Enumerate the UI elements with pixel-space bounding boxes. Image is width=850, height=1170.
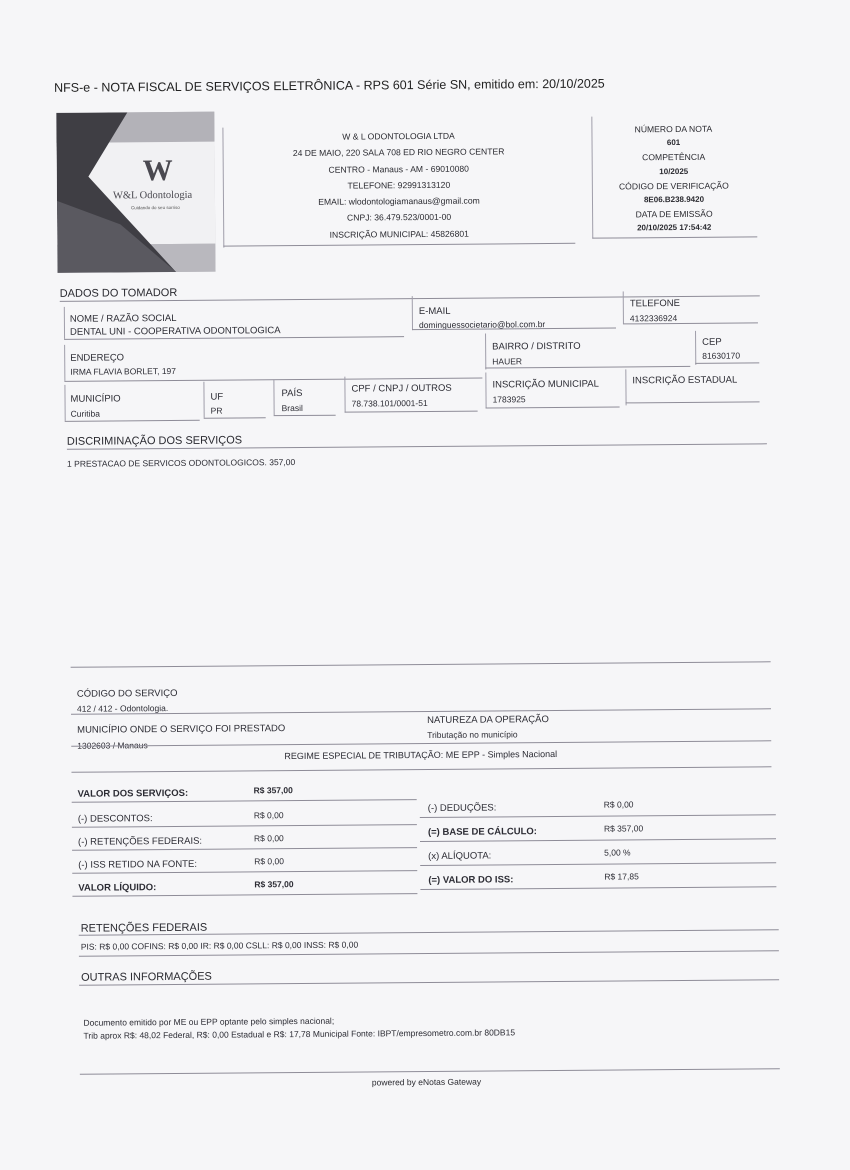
issue-date: 20/10/2025 17:54:42	[593, 221, 755, 236]
border	[79, 950, 779, 956]
value-label: (=) BASE DE CÁLCULO:	[428, 826, 537, 838]
border	[412, 327, 616, 330]
tomador-uf-label: UF	[210, 392, 223, 403]
invoice-info: NÚMERO DA NOTA 601 COMPETÊNCIA 10/2025 C…	[592, 121, 755, 236]
tomador-name: DENTAL UNI - COOPERATIVA ODONTOLOGICA	[70, 325, 281, 338]
tomador-country-label: PAÍS	[281, 388, 302, 399]
value-label: (x) ALÍQUOTA:	[428, 850, 491, 861]
tomador-city: Curitiba	[71, 409, 100, 419]
border	[203, 382, 204, 418]
value-label: (-) DESCONTOS:	[78, 813, 153, 825]
value-amount: 5,00 %	[604, 847, 631, 857]
tomador-address-label: ENDEREÇO	[70, 352, 124, 363]
competence-label: COMPETÊNCIA	[593, 150, 755, 165]
federal-retentions-line: PIS: R$ 0,00 COFINS: R$ 0,00 IR: R$ 0,00…	[81, 940, 358, 952]
tomador-district: HAUER	[492, 356, 522, 366]
border	[625, 369, 626, 405]
border	[64, 345, 65, 381]
value-label: VALOR LÍQUIDO:	[78, 882, 156, 894]
service-place-label: MUNICÍPIO ONDE O SERVIÇO FOI PRESTADO	[77, 723, 285, 736]
border	[71, 766, 771, 772]
border	[72, 824, 417, 828]
border	[273, 379, 274, 415]
logo-brand-name: W&L Odontologia	[113, 190, 192, 202]
border	[695, 362, 759, 364]
invoice-box-bottom-border	[592, 236, 757, 238]
operation-nature: Tributação no município	[427, 729, 517, 740]
tomador-district-label: BAIRRO / DISTRITO	[492, 341, 581, 353]
tomador-doc: 78.738.101/0001-51	[352, 398, 428, 409]
tomador-city-label: MUNICÍPIO	[70, 393, 120, 404]
services-description: 1 PRESTACAO DE SERVICOS ODONTOLOGICOS. 3…	[67, 457, 295, 469]
other-info-line-2: Trib aprox R$: 48,02 Federal, R$: 0,00 E…	[83, 1027, 515, 1040]
nfse-document: NFS-e - NOTA FISCAL DE SERVIÇOS ELETRÔNI…	[0, 0, 850, 1170]
border	[485, 373, 486, 409]
border	[420, 886, 776, 890]
value-label: (=) VALOR DO ISS:	[428, 874, 513, 886]
border	[626, 401, 760, 403]
tomador-name-label: NOME / RAZÃO SOCIAL	[70, 313, 177, 325]
values-left-column: VALOR DOS SERVIÇOS:R$ 357,00(-) DESCONTO…	[0, 0, 845, 3]
logo-text-area: W W&L Odontologia Cuidando do seu sorris…	[57, 142, 216, 245]
border	[345, 411, 478, 413]
tomador-municipal-reg: 1783925	[493, 394, 526, 404]
verification-code: 8E06.B238.9420	[593, 192, 755, 207]
border	[204, 417, 266, 418]
value-amount: R$ 0,00	[254, 810, 284, 820]
tomador-state-reg-label: INSCRIÇÃO ESTADUAL	[632, 375, 737, 387]
federal-retentions-title: RETENÇÕES FEDERAIS	[81, 922, 208, 935]
border	[412, 296, 413, 330]
border	[486, 406, 620, 408]
competence-value: 10/2025	[593, 164, 755, 179]
border	[65, 420, 200, 422]
service-code-label: CÓDIGO DO SERVIÇO	[77, 688, 178, 700]
value-label: VALOR DOS SERVIÇOS:	[78, 788, 189, 800]
border	[420, 814, 776, 818]
document-title: NFS-e - NOTA FISCAL DE SERVIÇOS ELETRÔNI…	[54, 77, 605, 95]
border	[72, 799, 417, 803]
special-tax-regime: REGIME ESPECIAL DE TRIBUTAÇÃO: ME EPP - …	[284, 749, 557, 761]
tomador-country: Brasil	[282, 403, 303, 413]
value-amount: R$ 357,00	[254, 785, 293, 795]
invoice-number-label: NÚMERO DA NOTA	[592, 121, 754, 136]
other-info-title: OUTRAS INFORMAÇÕES	[81, 971, 212, 984]
value-amount: R$ 357,00	[604, 823, 643, 833]
invoice-number: 601	[592, 136, 754, 151]
border	[72, 847, 417, 851]
value-amount: R$ 357,00	[254, 879, 293, 889]
tomador-uf: PR	[211, 406, 223, 416]
value-label: (-) DEDUÇÕES:	[428, 802, 497, 814]
border	[72, 893, 417, 897]
border	[485, 334, 486, 370]
services-end-rule	[71, 661, 771, 667]
powered-by: powered by eNotas Gateway	[372, 1077, 481, 1088]
border	[420, 862, 776, 866]
tomador-doc-label: CPF / CNPJ / OUTROS	[351, 383, 451, 395]
border	[71, 740, 771, 746]
verification-code-label: CÓDIGO DE VERIFICAÇÃO	[593, 178, 755, 193]
footer-rule	[80, 1068, 780, 1074]
tomador-cep-label: CEP	[702, 337, 722, 348]
border	[695, 331, 696, 365]
border	[274, 415, 336, 416]
tomador-municipal-reg-label: INSCRIÇÃO MUNICIPAL	[492, 379, 599, 391]
border	[64, 385, 65, 421]
border	[420, 838, 776, 842]
border	[72, 870, 417, 874]
value-amount: R$ 17,85	[604, 871, 639, 881]
border	[485, 366, 690, 369]
issue-date-label: DATA DE EMISSÃO	[593, 207, 755, 222]
tomador-email-label: E-MAIL	[419, 306, 451, 317]
issuer-municipal-registration: INSCRIÇÃO MUNICIPAL: 45826801	[223, 225, 575, 244]
border	[71, 708, 771, 714]
border	[623, 322, 758, 324]
logo-tagline: Cuidando do seu sorriso	[131, 205, 180, 210]
tomador-phone: 4132336924	[630, 313, 677, 323]
value-amount: R$ 0,00	[254, 833, 284, 843]
company-logo: W W&L Odontologia Cuidando do seu sorris…	[56, 112, 215, 273]
tooth-w-icon: W	[143, 156, 173, 186]
value-amount: R$ 0,00	[604, 799, 634, 809]
issuer-box-bottom-border	[223, 243, 575, 247]
issuer-info: W & L ODONTOLOGIA LTDA 24 DE MAIO, 220 S…	[222, 127, 575, 244]
services-section-title: DISCRIMINAÇÃO DOS SERVIÇOS	[67, 434, 242, 447]
tomador-phone-label: TELEFONE	[630, 298, 680, 309]
values-right-column: (-) DEDUÇÕES:R$ 0,00(=) BASE DE CÁLCULO:…	[0, 0, 845, 3]
border	[344, 377, 345, 413]
value-amount: R$ 0,00	[254, 856, 284, 866]
value-label: (-) RETENÇÕES FEDERAIS:	[78, 836, 202, 848]
border	[64, 307, 65, 339]
tomador-section-title: DADOS DO TOMADOR	[60, 287, 178, 300]
value-label: (-) ISS RETIDO NA FONTE:	[78, 859, 197, 871]
other-info-line-1: Documento emitido por ME ou EPP optante …	[83, 1016, 334, 1028]
tomador-cep: 81630170	[702, 351, 740, 361]
operation-nature-label: NATUREZA DA OPERAÇÃO	[427, 714, 549, 726]
tomador-address: IRMA FLAVIA BORLET, 197	[70, 366, 176, 377]
